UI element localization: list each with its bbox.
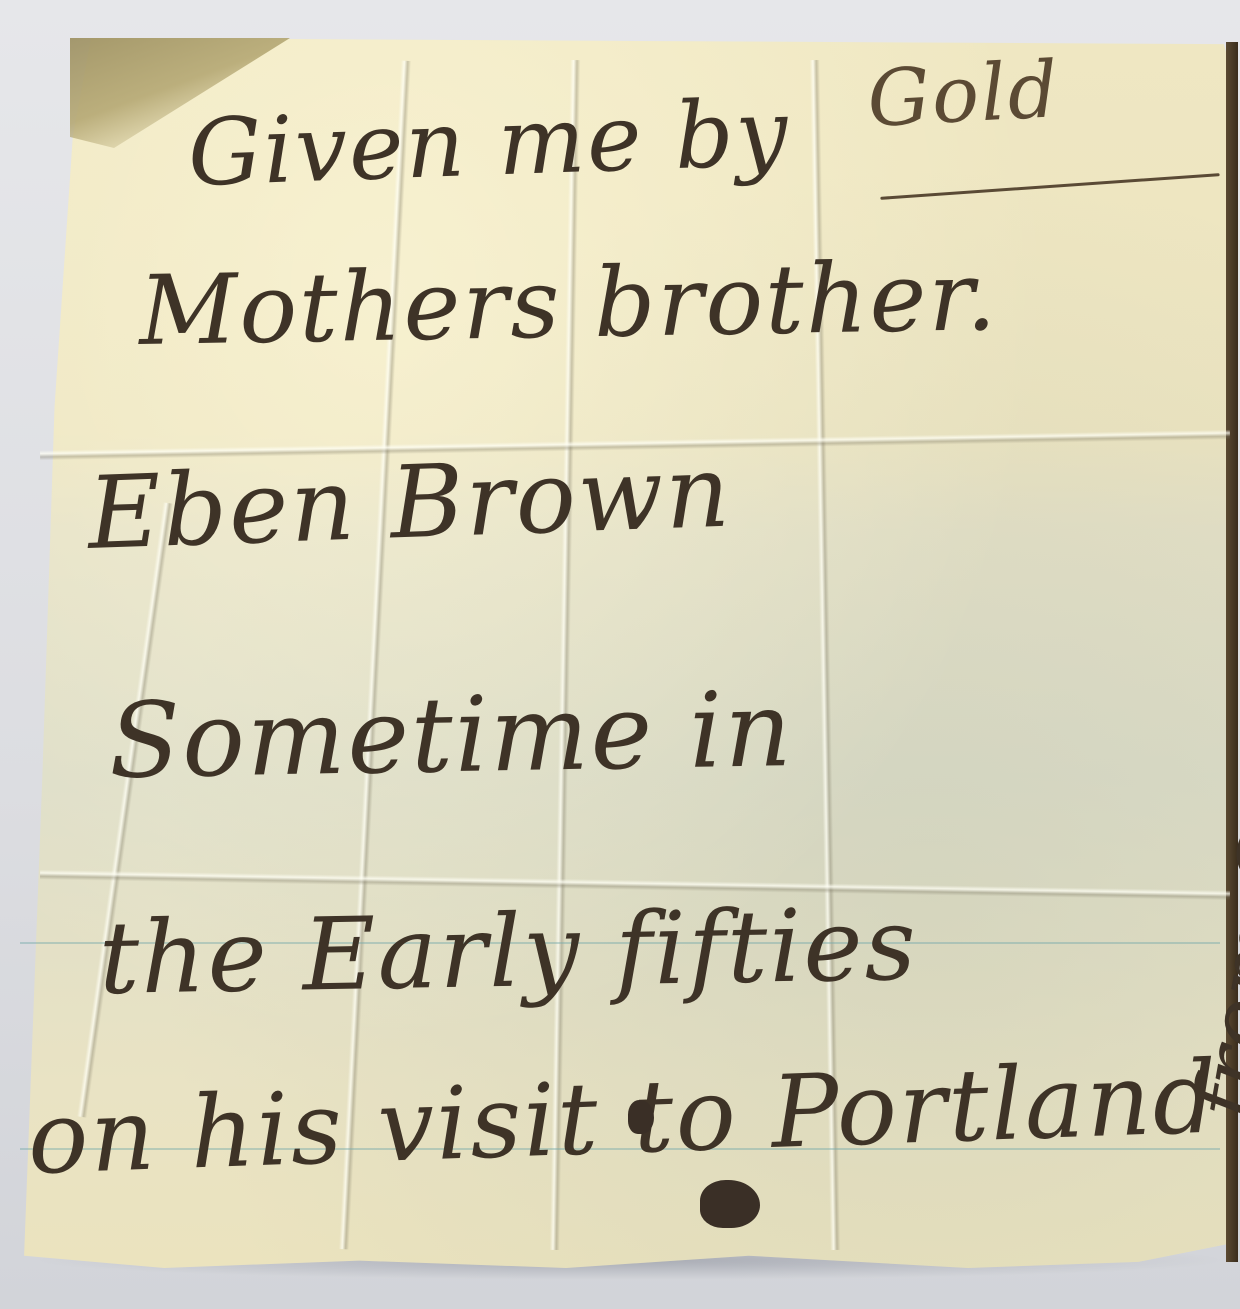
note-line-2: Mothers brother. xyxy=(138,240,999,367)
note-line-3: Eben Brown xyxy=(86,433,734,572)
note-insertion-gold: Gold xyxy=(865,45,1062,145)
note-line-1: Given me by xyxy=(186,79,791,207)
ink-blot xyxy=(628,1100,654,1134)
photograph: Given me by Gold Mothers brother. Eben B… xyxy=(0,0,1240,1309)
ink-blot xyxy=(700,1180,760,1228)
note-line-5: the Early fifties xyxy=(98,886,919,1017)
note-line-4: Sometime in xyxy=(108,668,795,802)
